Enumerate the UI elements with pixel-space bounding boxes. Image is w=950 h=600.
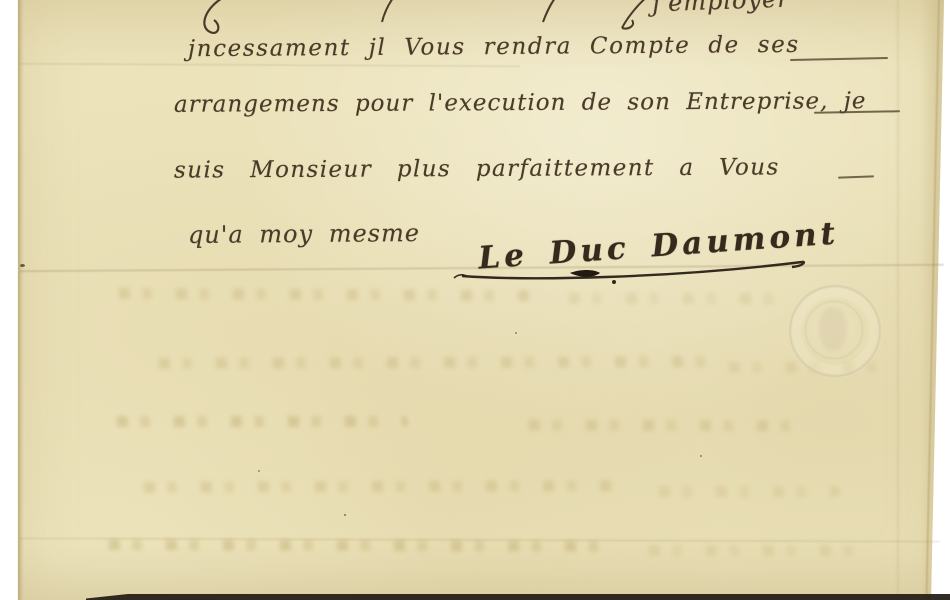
bleedthrough-line: [108, 416, 408, 427]
embossed-seal-emblem: [819, 307, 847, 351]
letter-line-3: suis Monsieur plus parfaittement a Vous: [174, 154, 780, 183]
letter-photograph: j'employer jncessament jl Vous rendra Co…: [0, 0, 950, 600]
clipped-line-stroke: [618, 0, 652, 32]
letter-line-1: jncessament jl Vous rendra Compte de ses: [188, 32, 800, 62]
ink-speck: [612, 280, 616, 284]
photo-background-strip: [86, 594, 950, 600]
signature-flourish: [452, 254, 812, 284]
bleedthrough-line: [650, 486, 840, 497]
embossed-seal: [789, 285, 881, 377]
clipped-line-stroke: [380, 0, 402, 24]
ink-speck: [20, 264, 25, 267]
ink-speck: [258, 470, 260, 472]
letter-closing-line: qu'a moy mesme: [188, 219, 420, 249]
ink-speck: [344, 514, 346, 516]
clipped-line-stroke: [540, 0, 562, 24]
bleedthrough-line: [135, 480, 615, 493]
bleedthrough-line: [150, 356, 710, 369]
bleedthrough-line: [520, 419, 800, 431]
crease-vertical: [897, 0, 899, 600]
bleedthrough-line: [110, 288, 540, 301]
ink-speck: [515, 332, 517, 334]
paper-left-edge: [18, 0, 20, 600]
bleedthrough-line: [640, 545, 870, 556]
bleedthrough-line: [560, 293, 780, 304]
ink-speck: [700, 455, 702, 457]
letter-line-2: arrangemens pour l'execution de son Entr…: [174, 88, 867, 118]
bleedthrough-line: [100, 539, 620, 552]
clipped-line-stroke: [196, 0, 236, 36]
